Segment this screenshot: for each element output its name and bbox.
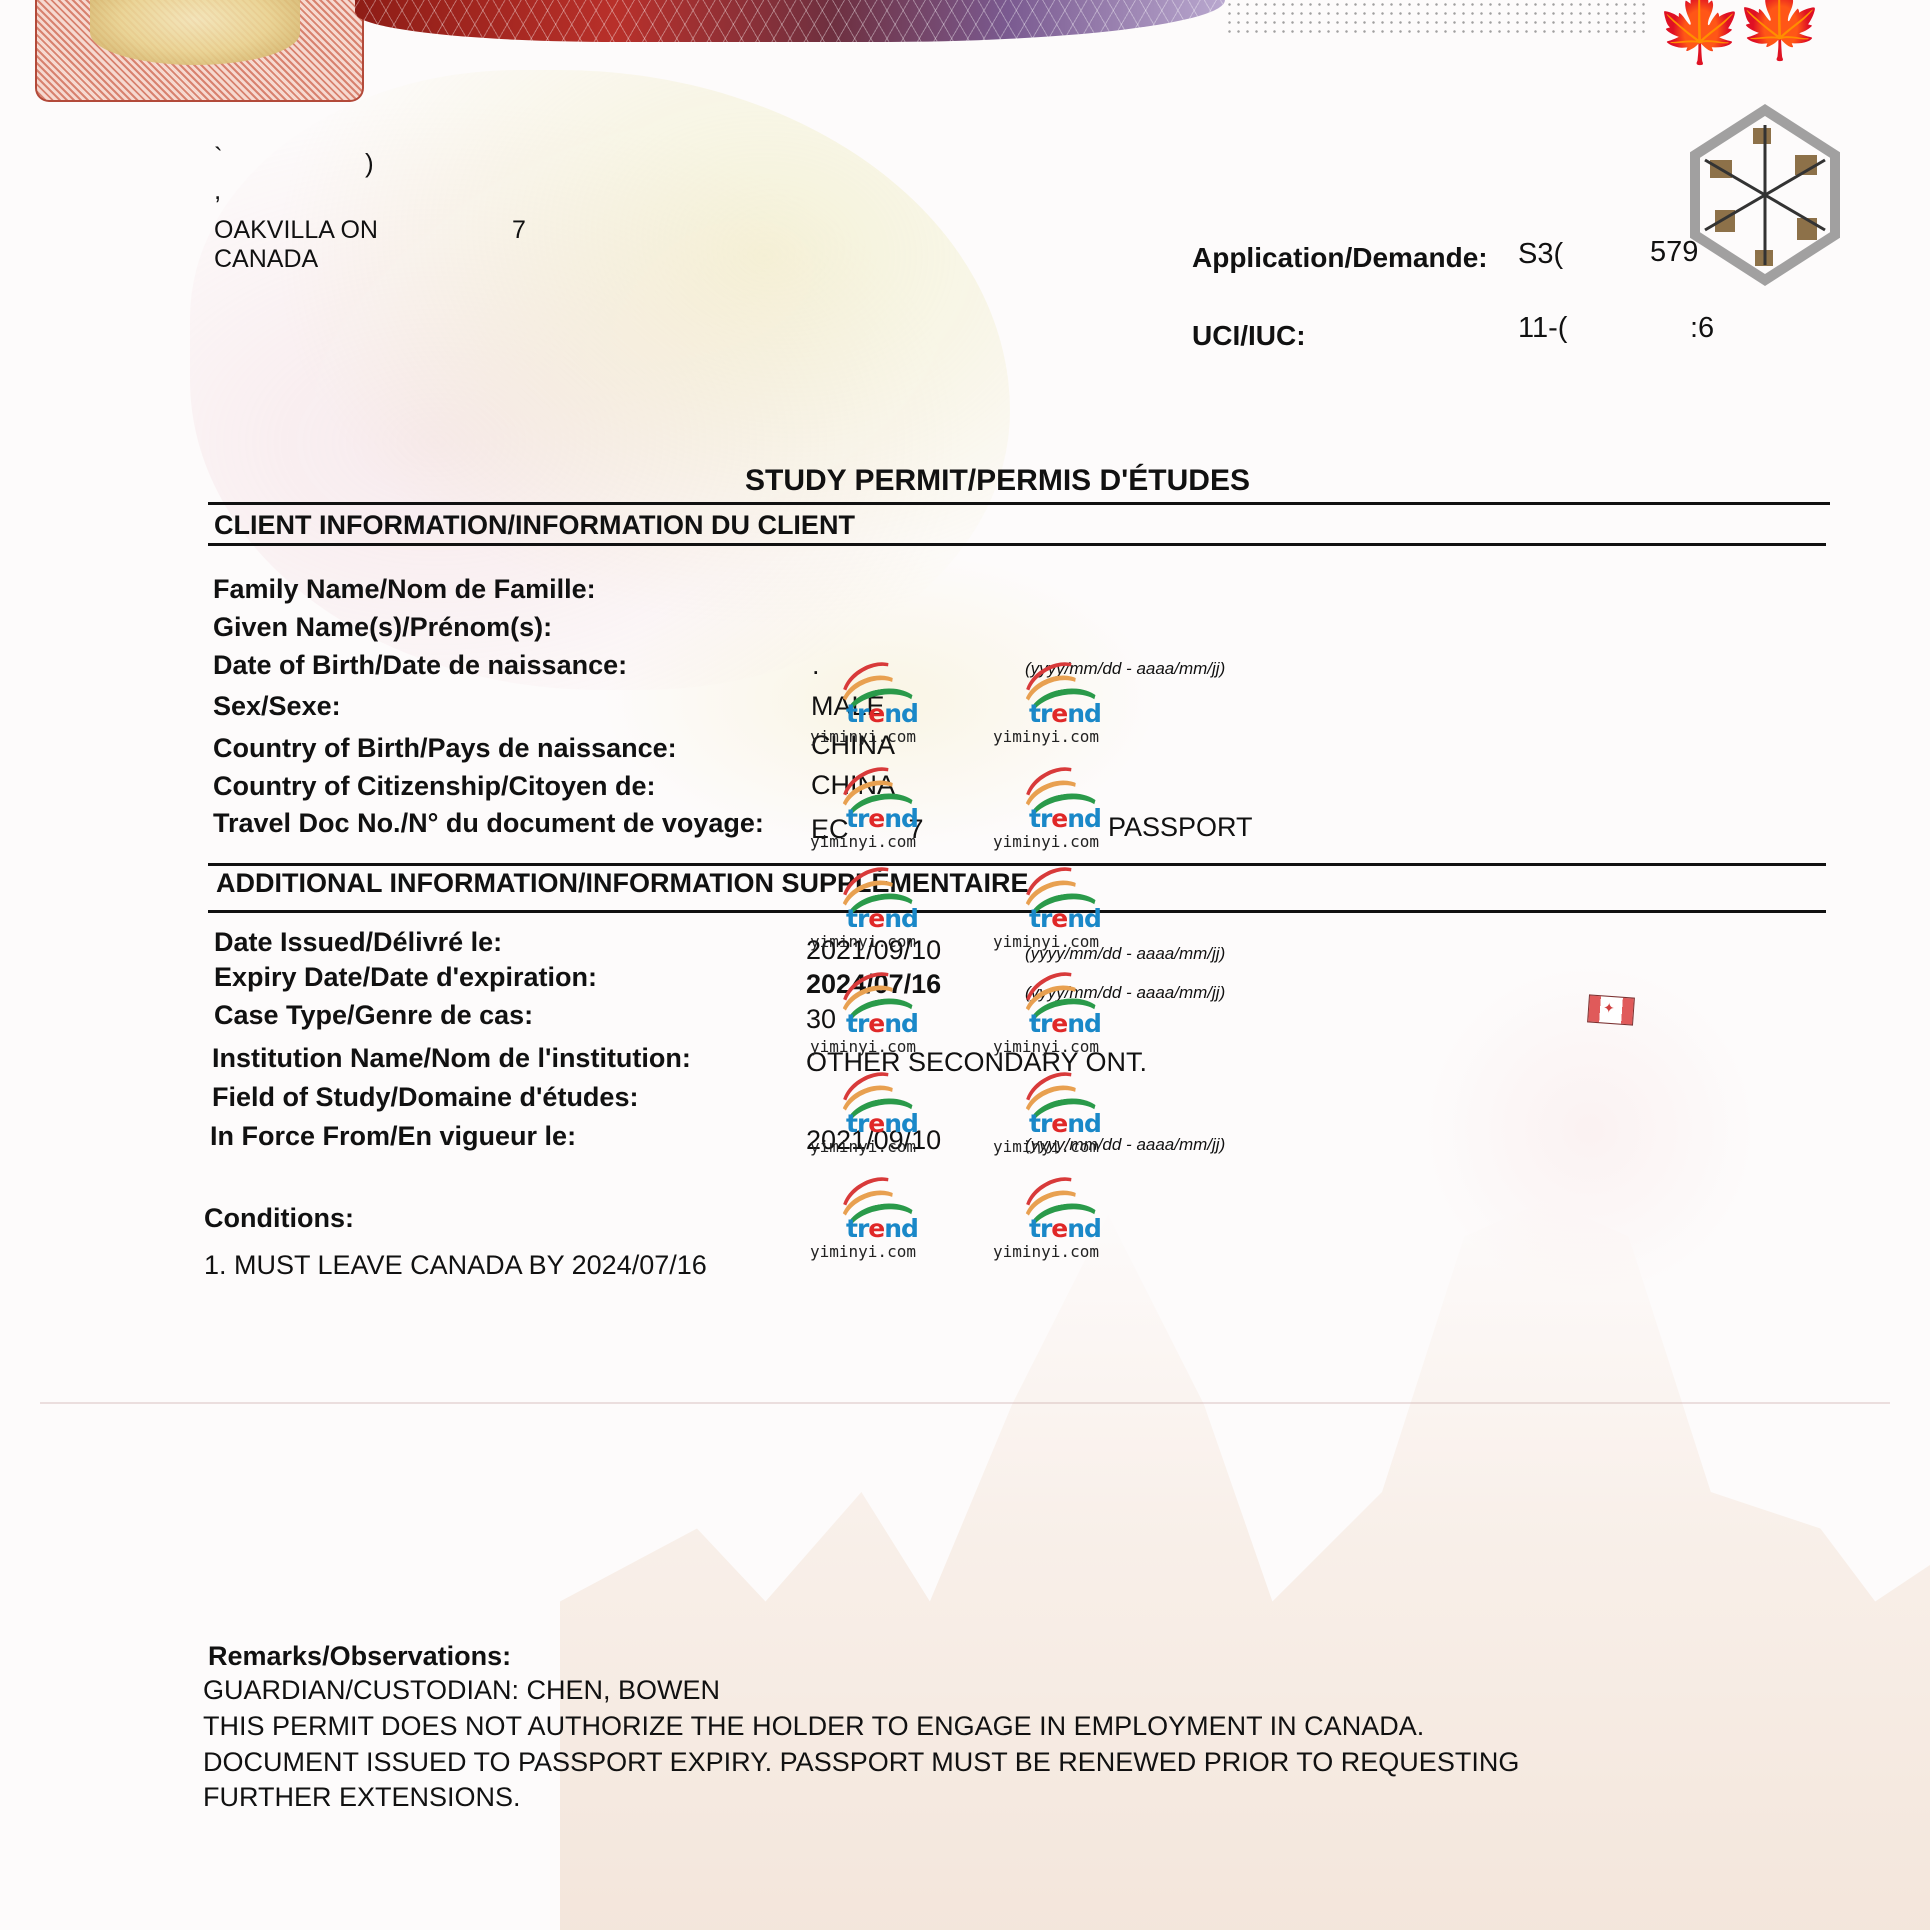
condition-item: 1. MUST LEAVE CANADA BY 2024/07/16: [204, 1250, 707, 1281]
watermark-site-text: yiminyi.com: [810, 1242, 916, 1261]
uci-label: UCI/IUC:: [1192, 320, 1306, 352]
watermark-site-text: yiminyi.com: [993, 932, 1099, 951]
trend-watermark-logo: trend yiminyi.com: [810, 665, 940, 745]
watermark-brand-text: trend: [1029, 1214, 1101, 1243]
remarks-title: Remarks/Observations:: [208, 1641, 511, 1672]
flag-maple-leaf-icon: ✦: [1603, 1000, 1616, 1015]
watermark-site-text: yiminyi.com: [993, 1137, 1099, 1156]
address-line2-fragment: ,: [214, 175, 221, 206]
watermark-brand-text: trend: [846, 1109, 918, 1138]
trend-watermark-logo: trend yiminyi.com: [993, 770, 1123, 850]
trend-watermark-logo: trend yiminyi.com: [993, 975, 1123, 1055]
document-title: STUDY PERMIT/PERMIS D'ÉTUDES: [745, 464, 1250, 498]
address-country: CANADA: [214, 245, 318, 274]
travel-doc-type: PASSPORT: [1108, 812, 1253, 843]
address-line1-start: `: [214, 142, 223, 173]
canada-flag-icon: ✦: [1587, 994, 1635, 1025]
case-type-label: Case Type/Genre de cas:: [214, 1000, 533, 1031]
trend-watermark-logo: trend yiminyi.com: [810, 975, 940, 1055]
additional-info-top-divider: [208, 863, 1826, 866]
parliament-building-background: [560, 1200, 1930, 1930]
institution-name-label: Institution Name/Nom de l'institution:: [212, 1043, 691, 1074]
remarks-line: THIS PERMIT DOES NOT AUTHORIZE THE HOLDE…: [203, 1711, 1424, 1742]
in-force-from-label: In Force From/En vigueur le:: [210, 1121, 576, 1152]
snowflake-emblem-icon: [1685, 100, 1845, 290]
address-line1-fragment: ): [365, 148, 374, 179]
trend-watermark-logo: trend yiminyi.com: [810, 1180, 940, 1260]
given-name-label: Given Name(s)/Prénom(s):: [213, 612, 552, 643]
watermark-brand-text: trend: [846, 699, 918, 728]
uci-number-start: 11-(: [1518, 312, 1567, 345]
citizenship-label: Country of Citizenship/Citoyen de:: [213, 771, 656, 802]
application-label: Application/Demande:: [1192, 242, 1488, 274]
watermark-brand-text: trend: [846, 804, 918, 833]
maple-leaf-icon: 🍁: [1655, 0, 1745, 62]
watermark-brand-text: trend: [1029, 1009, 1101, 1038]
trend-watermark-logo: trend yiminyi.com: [993, 1180, 1123, 1260]
watermark-site-text: yiminyi.com: [810, 932, 916, 951]
country-of-birth-label: Country of Birth/Pays de naissance:: [213, 733, 677, 764]
title-divider: [208, 502, 1830, 505]
application-number-end: 579: [1650, 236, 1698, 269]
conditions-title: Conditions:: [204, 1203, 354, 1234]
watermark-brand-text: trend: [846, 1009, 918, 1038]
field-of-study-label: Field of Study/Domaine d'études:: [212, 1082, 638, 1113]
uci-number-end: :6: [1690, 312, 1714, 345]
background-guideline: [40, 1402, 1890, 1404]
watermark-site-text: yiminyi.com: [993, 1242, 1099, 1261]
family-name-label: Family Name/Nom de Famille:: [213, 574, 596, 605]
watermark-brand-text: trend: [846, 1214, 918, 1243]
watermark-brand-text: trend: [1029, 804, 1101, 833]
watermark-brand-text: trend: [846, 904, 918, 933]
trend-watermark-logo: trend yiminyi.com: [810, 770, 940, 850]
trend-watermark-logo: trend yiminyi.com: [993, 870, 1123, 950]
travel-doc-label: Travel Doc No./N° du document de voyage:: [213, 808, 764, 839]
watermark-site-text: yiminyi.com: [810, 832, 916, 851]
watermark-site-text: yiminyi.com: [810, 727, 916, 746]
watermark-brand-text: trend: [1029, 904, 1101, 933]
date-of-birth-label: Date of Birth/Date de naissance:: [213, 650, 627, 681]
date-issued-label: Date Issued/Délivré le:: [214, 927, 502, 958]
address-postal-fragment: 7: [512, 216, 526, 245]
sex-label: Sex/Sexe:: [213, 691, 341, 722]
coat-of-arms-emblem: [90, 0, 300, 65]
watermark-brand-text: trend: [1029, 699, 1101, 728]
trend-watermark-logo: trend yiminyi.com: [993, 665, 1123, 745]
expiry-date-label: Expiry Date/Date d'expiration:: [214, 962, 597, 993]
remarks-line: FURTHER EXTENSIONS.: [203, 1782, 521, 1813]
watermark-brand-text: trend: [1029, 1109, 1101, 1138]
watermark-site-text: yiminyi.com: [993, 727, 1099, 746]
maple-leaf-icon: 🍁: [1735, 0, 1825, 58]
watermark-site-text: yiminyi.com: [810, 1037, 916, 1056]
watermark-site-text: yiminyi.com: [993, 1037, 1099, 1056]
watermark-site-text: yiminyi.com: [993, 832, 1099, 851]
security-guilloche-pattern: [355, 0, 1225, 42]
trend-watermark-logo: trend yiminyi.com: [810, 870, 940, 950]
remarks-line: GUARDIAN/CUSTODIAN: CHEN, BOWEN: [203, 1675, 720, 1706]
client-info-section-title: CLIENT INFORMATION/INFORMATION DU CLIENT: [214, 510, 855, 541]
application-number-start: S3(: [1518, 238, 1563, 271]
remarks-line: DOCUMENT ISSUED TO PASSPORT EXPIRY. PASS…: [203, 1747, 1519, 1778]
watermark-site-text: yiminyi.com: [810, 1137, 916, 1156]
security-dot-band: [1225, 0, 1645, 36]
client-info-divider: [208, 543, 1826, 546]
trend-watermark-logo: trend yiminyi.com: [810, 1075, 940, 1155]
address-city-line: OAKVILLA ON: [214, 216, 378, 245]
trend-watermark-logo: trend yiminyi.com: [993, 1075, 1123, 1155]
